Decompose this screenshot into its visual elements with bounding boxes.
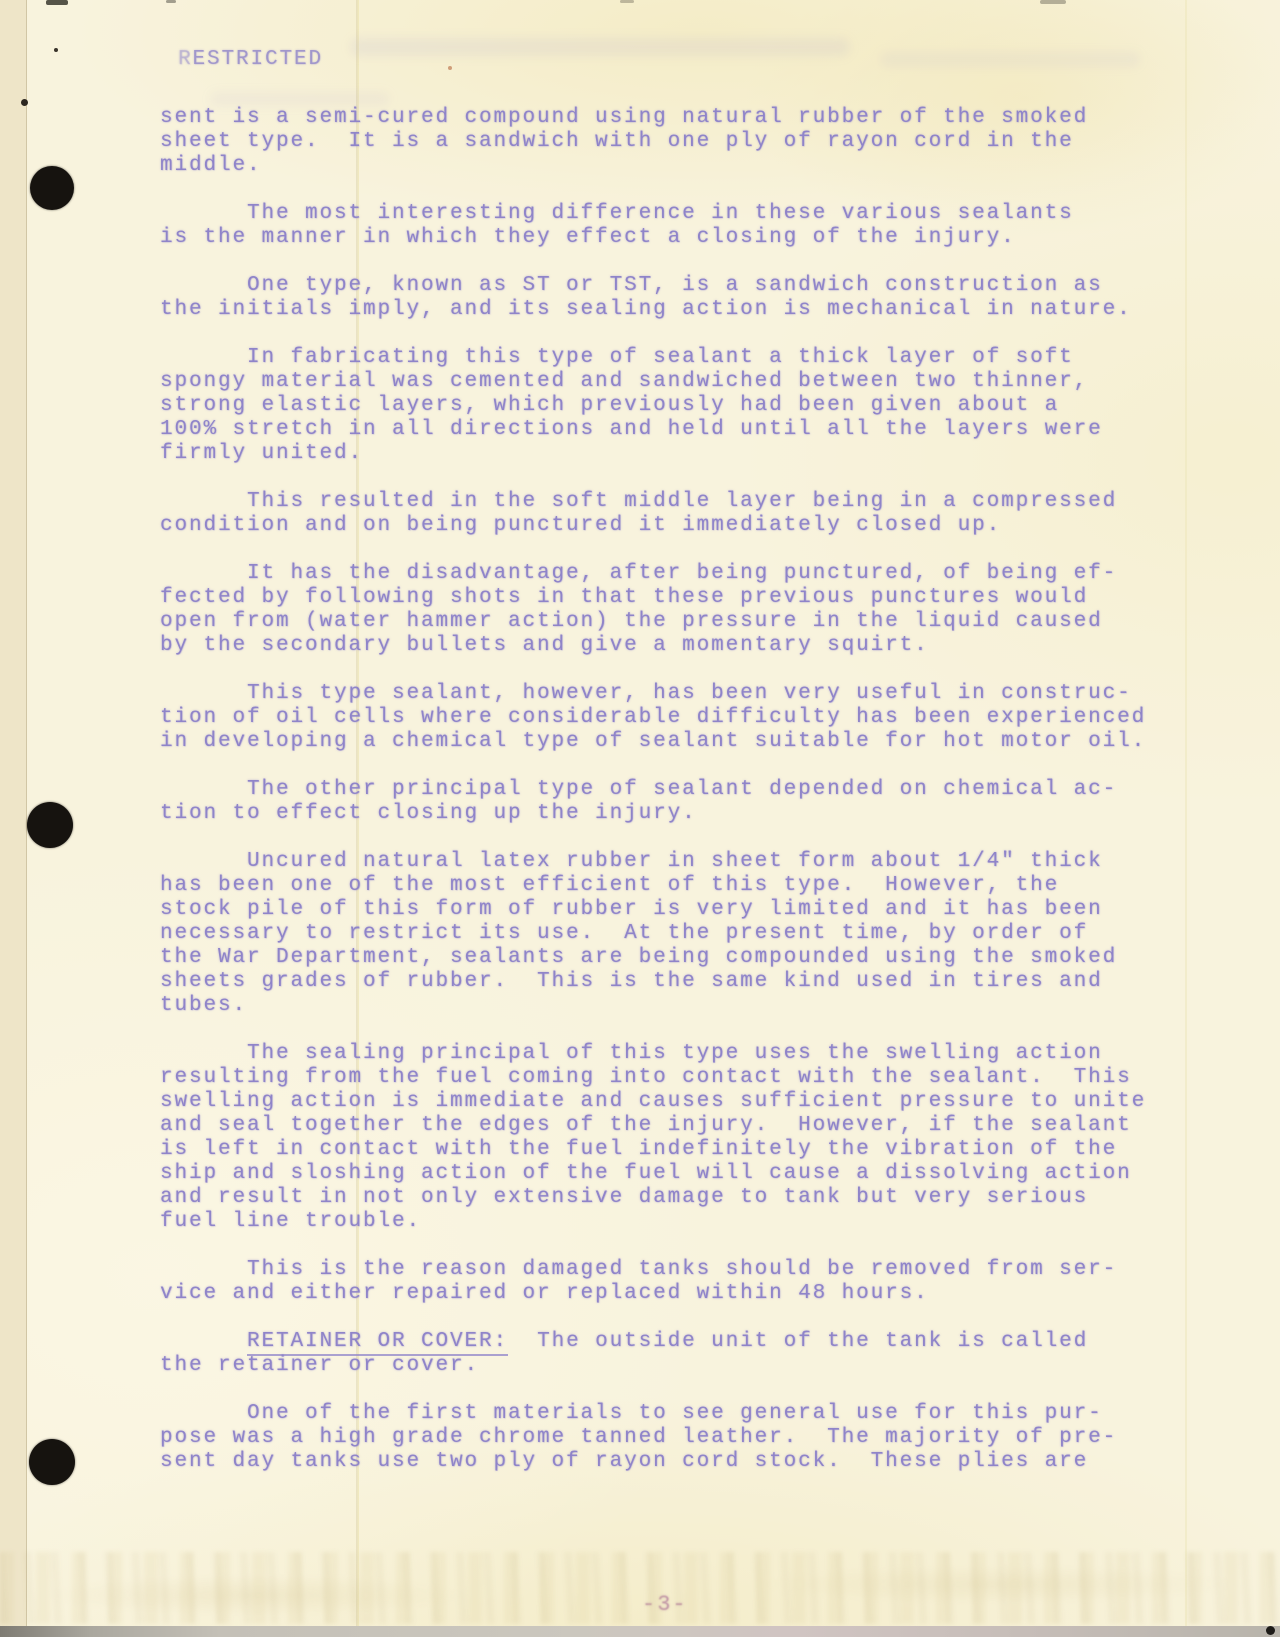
paragraph: One of the first materials to see genera… [160, 1402, 1190, 1474]
text-line: tion of oil cells where considerable dif… [160, 706, 1190, 730]
text-line: the initials imply, and its sealing acti… [160, 298, 1190, 322]
text-line: The most interesting difference in these… [160, 202, 1190, 226]
underlined-heading: RETAINER OR COVER: [247, 1330, 508, 1356]
ink-speck [21, 99, 28, 106]
page-left-edge [0, 0, 27, 1637]
text-line: and seal together the edges of the injur… [160, 1114, 1190, 1138]
scan-bottom-edge [0, 1626, 1280, 1637]
paragraph: The other principal type of sealant depe… [160, 778, 1190, 826]
text-line: resulting from the fuel coming into cont… [160, 1066, 1190, 1090]
scan-edge-mark [166, 0, 176, 3]
text-line: One of the first materials to see genera… [160, 1402, 1190, 1426]
paragraph: RETAINER OR COVER: The outside unit of t… [160, 1330, 1190, 1378]
scan-edge-mark [46, 0, 68, 5]
paragraph: It has the disadvantage, after being pun… [160, 562, 1190, 658]
paragraph: This resulted in the soft middle layer b… [160, 490, 1190, 538]
text-line: in developing a chemical type of sealant… [160, 730, 1190, 754]
text-line: ship and sloshing action of the fuel wil… [160, 1162, 1190, 1186]
ink-speck [54, 48, 58, 52]
text-line: It has the disadvantage, after being pun… [160, 562, 1190, 586]
text-line: open from (water hammer action) the pres… [160, 610, 1190, 634]
text-line: In fabricating this type of sealant a th… [160, 346, 1190, 370]
ghost-ink-smudge [210, 92, 390, 106]
punch-hole [27, 802, 73, 848]
text-line: This resulted in the soft middle layer b… [160, 490, 1190, 514]
paragraph: sent is a semi-cured compound using natu… [160, 106, 1190, 178]
text-line: sheets grades of rubber. This is the sam… [160, 970, 1190, 994]
text-line: condition and on being punctured it imme… [160, 514, 1190, 538]
text-line: tion to effect closing up the injury. [160, 802, 1190, 826]
text-line: sheet type. It is a sandwich with one pl… [160, 130, 1190, 154]
paragraph: The most interesting difference in these… [160, 202, 1190, 250]
text-line: This is the reason damaged tanks should … [160, 1258, 1190, 1282]
text-line: has been one of the most efficient of th… [160, 874, 1190, 898]
text-line: the retainer or cover. [160, 1354, 1190, 1378]
text-line: strong elastic layers, which previously … [160, 394, 1190, 418]
text-line: vice and either repaired or replaced wit… [160, 1282, 1190, 1306]
classification-header: RESTRICTED [178, 48, 323, 71]
text-line: spongy material was cemented and sandwic… [160, 370, 1190, 394]
paragraph: In fabricating this type of sealant a th… [160, 346, 1190, 466]
scan-edge-dot [1266, 1626, 1275, 1635]
scan-edge-mark [1040, 0, 1066, 4]
text-line: 100% stretch in all directions and held … [160, 418, 1190, 442]
text-line: the War Department, sealants are being c… [160, 946, 1190, 970]
document-body: sent is a semi-cured compound using natu… [160, 106, 1190, 1498]
offset-ink-band [0, 1552, 1280, 1624]
text-line: is the manner in which they effect a clo… [160, 226, 1190, 250]
text-line: is left in contact with the fuel indefin… [160, 1138, 1190, 1162]
paragraph: One type, known as ST or TST, is a sandw… [160, 274, 1190, 322]
scanned-document-page: RESTRICTED sent is a semi-cured compound… [0, 0, 1280, 1637]
text-line: sent day tanks use two ply of rayon cord… [160, 1450, 1190, 1474]
text-line: fected by following shots in that these … [160, 586, 1190, 610]
text-line: RETAINER OR COVER: The outside unit of t… [160, 1330, 1190, 1354]
text-line: necessary to restrict its use. At the pr… [160, 922, 1190, 946]
text-line: This type sealant, however, has been ver… [160, 682, 1190, 706]
text-line: Uncured natural latex rubber in sheet fo… [160, 850, 1190, 874]
text-line: The other principal type of sealant depe… [160, 778, 1190, 802]
text-line: by the secondary bullets and give a mome… [160, 634, 1190, 658]
text-line: The sealing principal of this type uses … [160, 1042, 1190, 1066]
scan-edge-mark [620, 0, 634, 3]
punch-hole [29, 1439, 75, 1485]
text-line: sent is a semi-cured compound using natu… [160, 106, 1190, 130]
paragraph: Uncured natural latex rubber in sheet fo… [160, 850, 1190, 1018]
text-line: and result in not only extensive damage … [160, 1186, 1190, 1210]
paragraph: This type sealant, however, has been ver… [160, 682, 1190, 754]
text-line: swelling action is immediate and causes … [160, 1090, 1190, 1114]
ghost-ink-smudge [350, 38, 850, 56]
ghost-ink-smudge [880, 52, 1140, 67]
text-line: One type, known as ST or TST, is a sandw… [160, 274, 1190, 298]
text-line: tubes. [160, 994, 1190, 1018]
text-line: firmly united. [160, 442, 1190, 466]
paragraph: This is the reason damaged tanks should … [160, 1258, 1190, 1306]
text-line: middle. [160, 154, 1190, 178]
paragraph: The sealing principal of this type uses … [160, 1042, 1190, 1234]
rust-speck [448, 66, 452, 70]
text-line: fuel line trouble. [160, 1210, 1190, 1234]
text-line: stock pile of this form of rubber is ver… [160, 898, 1190, 922]
text-line: pose was a high grade chrome tanned leat… [160, 1426, 1190, 1450]
punch-hole [30, 166, 74, 210]
